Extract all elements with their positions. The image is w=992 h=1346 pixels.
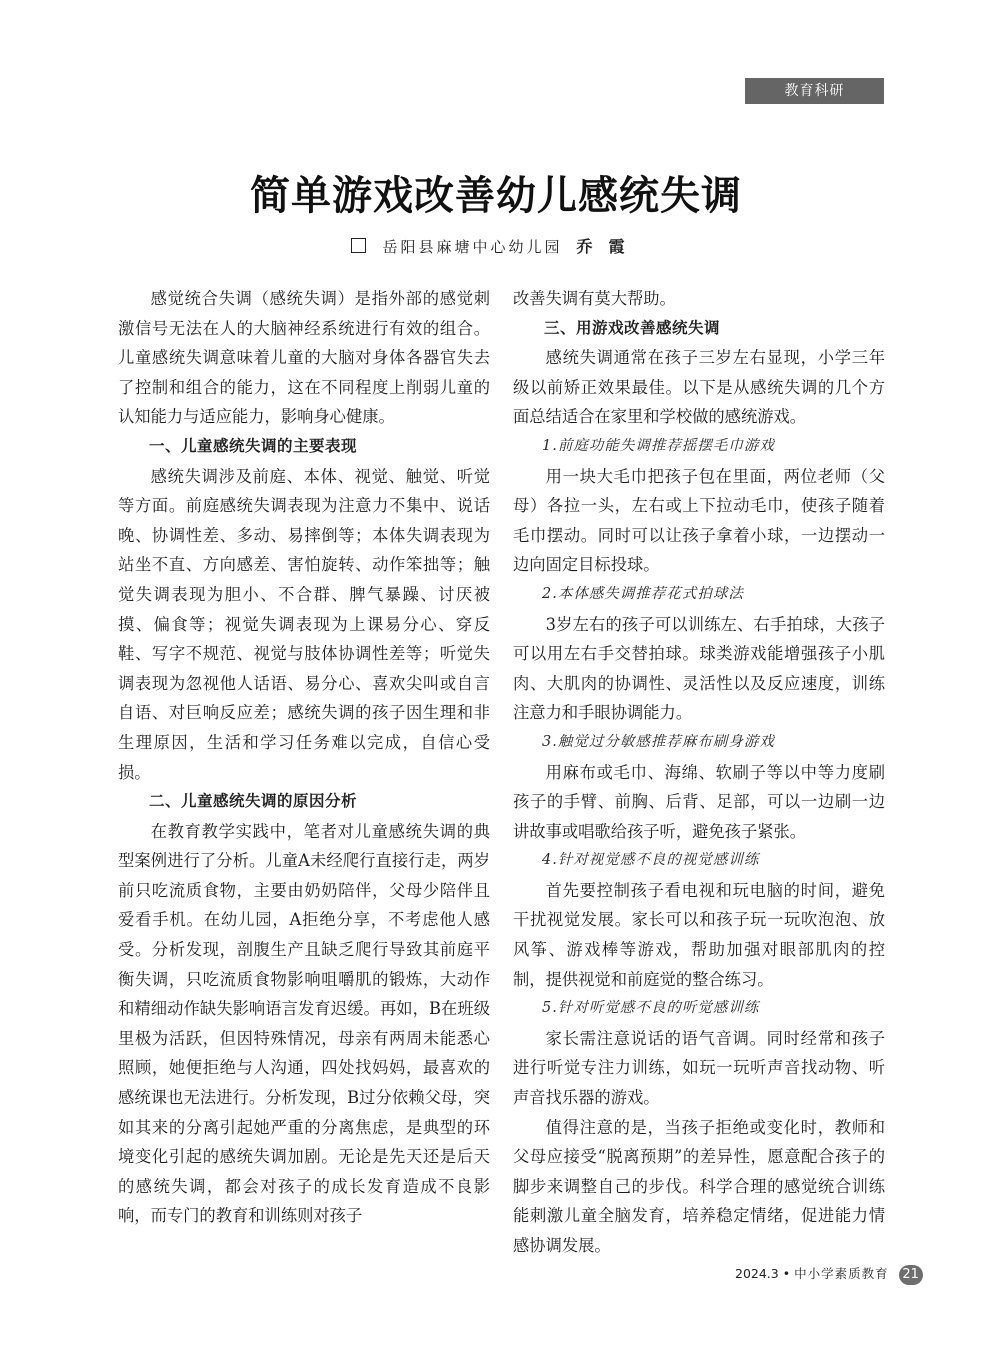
subsection-2-paragraph: 3岁左右的孩子可以训练左、右手拍球，大孩子可以用左右手交替拍球。球类游戏能增强孩… bbox=[513, 610, 885, 728]
subheading-4: 4.针对视觉感不良的视觉感训练 bbox=[513, 846, 885, 876]
section-heading-2: 二、儿童感统失调的原因分析 bbox=[118, 787, 490, 817]
author-name: 乔霞 bbox=[577, 237, 641, 256]
section-heading-3: 三、用游戏改善感统失调 bbox=[513, 314, 885, 344]
subheading-1: 1.前庭功能失调推荐摇摆毛巾游戏 bbox=[513, 432, 885, 462]
subheading-5: 5.针对听觉感不良的听觉感训练 bbox=[513, 994, 885, 1024]
intro-paragraph: 感觉统合失调（感统失调）是指外部的感觉刺激信号无法在人的大脑神经系统进行有效的组… bbox=[118, 284, 490, 432]
article-title: 简单游戏改善幼儿感统失调 bbox=[0, 168, 992, 224]
footer-separator: • bbox=[783, 1266, 790, 1281]
continuation-paragraph: 改善失调有莫大帮助。 bbox=[513, 284, 885, 314]
section-heading-1: 一、儿童感统失调的主要表现 bbox=[118, 432, 490, 462]
section-1-paragraph: 感统失调涉及前庭、本体、视觉、触觉、听觉等方面。前庭感统失调表现为注意力不集中、… bbox=[118, 462, 490, 788]
affiliation: 岳阳县麻塘中心幼儿园 bbox=[382, 238, 562, 256]
journal-name: 中小学素质教育 bbox=[794, 1266, 889, 1281]
section-2-paragraph: 在教育教学实践中，笔者对儿童感统失调的典型案例进行了分析。儿童A未经爬行直接行走… bbox=[118, 817, 490, 1231]
conclusion-paragraph: 值得注意的是，当孩子拒绝或变化时，教师和父母应接受“脱离预期”的差异性，愿意配合… bbox=[513, 1113, 885, 1261]
subsection-4-paragraph: 首先要控制孩子看电视和玩电脑的时间，避免干扰视觉发展。家长可以和孩子玩一玩吹泡泡… bbox=[513, 876, 885, 994]
subheading-2: 2.本体感失调推荐花式拍球法 bbox=[513, 580, 885, 610]
subheading-3: 3.触觉过分敏感推荐麻布刷身游戏 bbox=[513, 728, 885, 758]
right-column: 改善失调有莫大帮助。 三、用游戏改善感统失调 感统失调通常在孩子三岁左右显现，小… bbox=[513, 284, 885, 1261]
byline: 岳阳县麻塘中心幼儿园乔霞 bbox=[0, 234, 992, 257]
subsection-1-paragraph: 用一块大毛巾把孩子包在里面，两位老师（父母）各拉一头，左右或上下拉动毛巾，使孩子… bbox=[513, 462, 885, 580]
section-3-intro: 感统失调通常在孩子三岁左右显现，小学三年级以前矫正效果最佳。以下是从感统失调的几… bbox=[513, 343, 885, 432]
square-marker-icon bbox=[351, 238, 366, 253]
subsection-3-paragraph: 用麻布或毛巾、海绵、软刷子等以中等力度刷孩子的手臂、前胸、后背、足部，可以一边刷… bbox=[513, 758, 885, 847]
page-footer: 2024.3 • 中小学素质教育 21 bbox=[735, 1264, 923, 1285]
section-tag: 教育科研 bbox=[745, 78, 884, 104]
page-number-badge: 21 bbox=[899, 1265, 923, 1285]
subsection-5-paragraph: 家长需注意说话的语气音调。同时经常和孩子进行听觉专注力训练，如玩一玩听声音找动物… bbox=[513, 1024, 885, 1113]
issue-number: 2024.3 bbox=[735, 1266, 779, 1281]
left-column: 感觉统合失调（感统失调）是指外部的感觉刺激信号无法在人的大脑神经系统进行有效的组… bbox=[118, 284, 490, 1231]
